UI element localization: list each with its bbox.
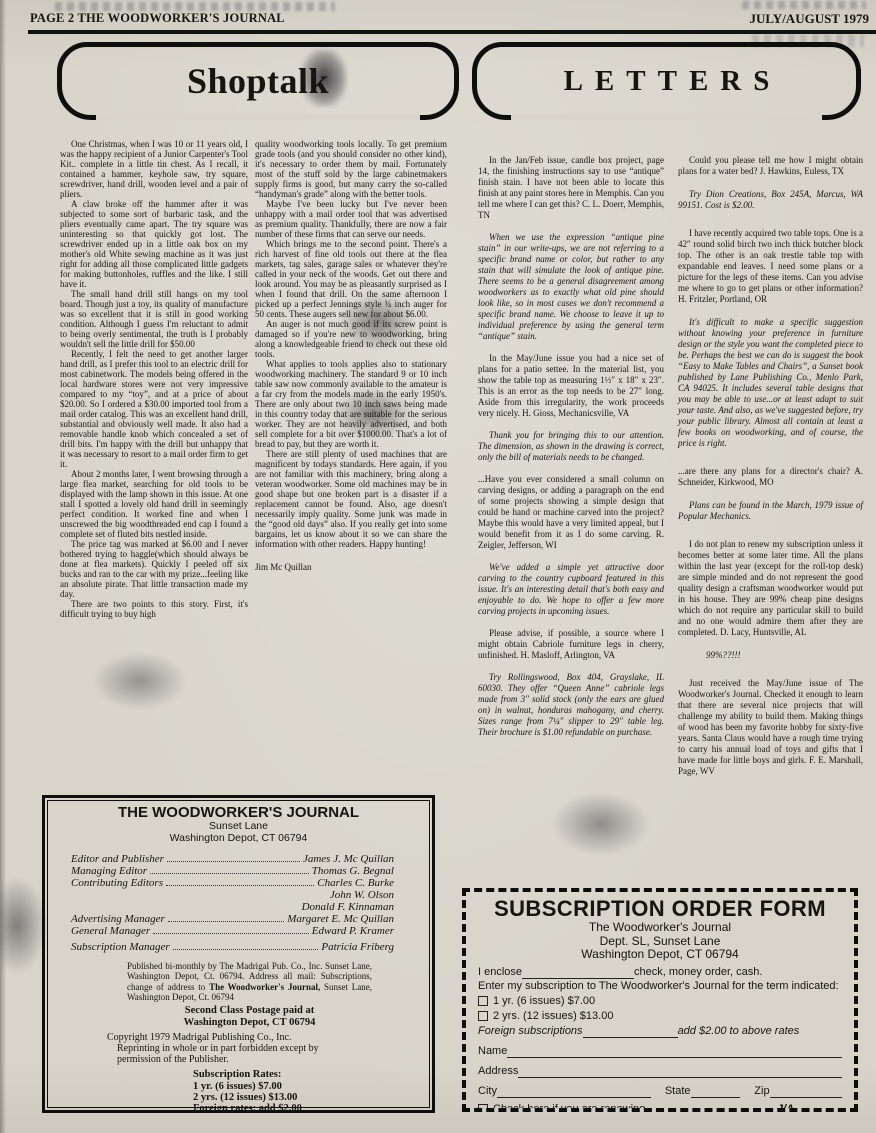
publisher-note-bold: The Woodworker's Journal, [209, 982, 320, 992]
letter-paragraph: ...are there any plans for a director's … [678, 466, 863, 488]
masthead-box: THE WOODWORKER'S JOURNAL Sunset Lane Was… [42, 795, 435, 1113]
credit-name: Patricia Friberg [321, 941, 394, 953]
paragraph: There are still plenty of used machines … [255, 449, 447, 549]
dot-leader [168, 921, 284, 922]
form-title: SUBSCRIPTION ORDER FORM [478, 897, 842, 921]
credit-row: Managing Editor Thomas G. Begnal [71, 865, 394, 877]
rates-line: 2 yrs. (12 issues) $13.00 [193, 1092, 432, 1103]
form-address-line-3: Washington Depot, CT 06794 [478, 948, 842, 962]
renewal-row: Check here if you are renewing J/A [478, 1103, 842, 1113]
letters-title: LETTERS [552, 65, 782, 98]
shoptalk-title: Shoptalk [187, 60, 329, 102]
term-option-2: 2 yrs. (12 issues) $13.00 [478, 1010, 842, 1023]
city-blank-line [497, 1087, 651, 1098]
letter-paragraph: Please advise, if possible, a source whe… [478, 628, 664, 661]
shoptalk-column-2: quality woodworking tools locally. To ge… [255, 139, 447, 572]
enclose-blank-line [522, 968, 634, 979]
foreign-blank-line [583, 1027, 678, 1038]
paragraph: The price tag was marked at $6.00 and I … [60, 539, 248, 599]
foreign-suffix: add $2.00 to above rates [678, 1025, 800, 1038]
address-blank-line [518, 1067, 842, 1078]
credit-name: Charles C. Burke [317, 877, 394, 889]
dot-leader [153, 933, 309, 934]
copyright-note: Copyright 1979 Madrigal Publishing Co., … [107, 1032, 432, 1065]
form-address-line-1: The Woodworker's Journal [478, 921, 842, 935]
credit-role: Contributing Editors [71, 877, 163, 889]
zip-label: Zip [754, 1085, 769, 1098]
credit-row: Editor and Publisher James J. Mc Quillan [71, 853, 394, 865]
checkbox-2yr [478, 1011, 488, 1021]
paragraph: Recently, I felt the need to get another… [60, 349, 248, 469]
header-rule [28, 30, 876, 34]
address-row: Address [478, 1065, 842, 1078]
masthead-address-line-1: Sunset Lane [45, 821, 432, 833]
foreign-subscriptions-row: Foreign subscriptions add $2.00 to above… [478, 1025, 842, 1038]
renewal-label: Check here if you are renewing [493, 1103, 645, 1113]
postage-note: Second Class Postage paid at Washington … [127, 1005, 372, 1029]
editor-reply: It's difficult to make a specific sugges… [678, 317, 863, 449]
editor-signature: Jim Mc Quillan [255, 562, 447, 572]
enter-subscription-row: Enter my subscription to The Woodworker'… [478, 980, 842, 993]
masthead-title: THE WOODWORKER'S JOURNAL [45, 804, 432, 821]
credit-row: General Manager Edward P. Kramer [71, 925, 394, 937]
city-state-zip-row: City State Zip [478, 1085, 842, 1098]
subscription-rates: Subscription Rates: 1 yr. (6 issues) $7.… [193, 1069, 432, 1113]
address-label: Address [478, 1065, 518, 1078]
credit-row: John W. Olson [71, 889, 394, 901]
editor-reply: 99%??!!! [678, 650, 863, 661]
paragraph: There are two points to this story. Firs… [60, 599, 248, 619]
editor-reply: Plans can be found in the March, 1979 is… [678, 500, 863, 522]
magazine-page: PAGE 2 THE WOODWORKER'S JOURNAL JULY/AUG… [0, 0, 876, 1133]
credit-row: Advertising Manager Margaret E. Mc Quill… [71, 913, 394, 925]
credit-role: Managing Editor [71, 865, 147, 877]
checkbox-renewing [478, 1104, 488, 1112]
credit-row: Donald F. Kinnaman [71, 901, 394, 913]
ink-bleed-through [742, 1, 866, 9]
credit-role: Editor and Publisher [71, 853, 164, 865]
enter-subscription-label: Enter my subscription to The Woodworker'… [478, 980, 839, 993]
editor-reply: Thank you for bringing this to our atten… [478, 430, 664, 463]
credit-row: Subscription Manager Patricia Friberg [71, 941, 394, 953]
dot-leader [173, 949, 319, 950]
paragraph: The small hand drill still hangs on my t… [60, 289, 248, 349]
credit-name: Donald F. Kinnaman [302, 901, 394, 913]
copyright-line: permission of the Publisher. [107, 1054, 432, 1065]
editor-reply: Try Rollingswood, Box 404, Grayslake, IL… [478, 672, 664, 738]
editor-reply: We've added a simple yet attractive door… [478, 562, 664, 617]
page-number-header: PAGE 2 THE WOODWORKER'S JOURNAL [30, 11, 285, 26]
paragraph: What applies to tools applies also to st… [255, 359, 447, 449]
editor-reply: When we use the expression “antique pine… [478, 232, 664, 342]
paragraph: An auger is not much good if its screw p… [255, 319, 447, 359]
subscription-order-form: SUBSCRIPTION ORDER FORM The Woodworker's… [462, 888, 858, 1112]
issue-date-header: JULY/AUGUST 1979 [749, 11, 869, 27]
ink-smudge [0, 878, 46, 973]
postage-line: Washington Depot, CT 06794 [127, 1017, 372, 1029]
checkbox-1yr [478, 996, 488, 1006]
enclose-label: I enclose [478, 966, 522, 979]
form-address-line-2: Dept. SL, Sunset Lane [478, 935, 842, 949]
credit-name: Margaret E. Mc Quillan [287, 913, 394, 925]
dot-leader [166, 885, 314, 886]
publisher-note: Published bi-monthly by The Madrigal Pub… [127, 961, 372, 1002]
option-1-label: 1 yr. (6 issues) $7.00 [493, 995, 595, 1008]
letter-paragraph: ...Have you ever considered a small colu… [478, 474, 664, 551]
credit-name: James J. Mc Quillan [303, 853, 394, 865]
editor-reply: Try Dion Creations, Box 245A, Marcus, WA… [678, 189, 863, 211]
letter-paragraph: Just received the May/June issue of The … [678, 678, 863, 777]
name-blank-line [507, 1047, 842, 1058]
paragraph: Which brings me to the second point. The… [255, 239, 447, 319]
dot-leader [150, 873, 309, 874]
letters-column-1: In the Jan/Feb issue, candle box project… [478, 155, 664, 738]
enclose-row: I enclose check, money order, cash. [478, 966, 842, 979]
paragraph: A claw broke off the hammer after it was… [60, 199, 248, 289]
credit-role: Advertising Manager [71, 913, 165, 925]
ink-smudge [92, 652, 187, 710]
rates-heading: Subscription Rates: [193, 1069, 432, 1080]
city-label: City [478, 1085, 497, 1098]
state-label: State [665, 1085, 691, 1098]
paragraph: quality woodworking tools locally. To ge… [255, 139, 447, 199]
credit-role: General Manager [71, 925, 150, 937]
letters-title-frame: LETTERS [472, 42, 861, 120]
masthead-address-line-2: Washington Depot, CT 06794 [45, 833, 432, 845]
paragraph: Maybe I've been lucky but I've never bee… [255, 199, 447, 239]
ink-bleed-through [55, 2, 335, 11]
copyright-line: Reprinting in whole or in part forbidden… [107, 1043, 432, 1054]
shoptalk-column-1: One Christmas, when I was 10 or 11 years… [60, 139, 248, 619]
rates-line: Foreign rates: add $2.00 [193, 1103, 432, 1113]
credit-name: John W. Olson [330, 889, 394, 901]
credit-role: Subscription Manager [71, 941, 170, 953]
enclose-suffix: check, money order, cash. [634, 966, 762, 979]
letter-paragraph: Could you please tell me how I might obt… [678, 155, 863, 177]
letters-column-2: Could you please tell me how I might obt… [678, 155, 863, 777]
letter-paragraph: In the Jan/Feb issue, candle box project… [478, 155, 664, 221]
renewal-option: Check here if you are renewing [478, 1103, 645, 1113]
zip-blank-line [770, 1087, 842, 1098]
shoptalk-title-frame: Shoptalk [57, 42, 459, 120]
dot-leader [167, 861, 300, 862]
issue-code: J/A [777, 1103, 794, 1113]
letter-paragraph: In the May/June issue you had a nice set… [478, 353, 664, 419]
credit-name: Thomas G. Begnal [312, 865, 394, 877]
name-row: Name [478, 1045, 842, 1058]
paragraph: One Christmas, when I was 10 or 11 years… [60, 139, 248, 199]
name-label: Name [478, 1045, 507, 1058]
rates-line: 1 yr. (6 issues) $7.00 [193, 1081, 432, 1092]
credit-row: Contributing Editors Charles C. Burke [71, 877, 394, 889]
postage-line: Second Class Postage paid at [127, 1005, 372, 1017]
paragraph: About 2 months later, I went browsing th… [60, 469, 248, 539]
letter-paragraph: I have recently acquired two table tops.… [678, 228, 863, 305]
option-2-label: 2 yrs. (12 issues) $13.00 [493, 1010, 613, 1023]
form-body: I enclose check, money order, cash. Ente… [478, 966, 842, 1113]
masthead-credits: Editor and Publisher James J. Mc Quillan… [71, 853, 394, 953]
letter-paragraph: I do not plan to renew my subscription u… [678, 539, 863, 638]
ink-smudge [553, 793, 648, 855]
state-blank-line [691, 1087, 741, 1098]
term-option-1: 1 yr. (6 issues) $7.00 [478, 995, 842, 1008]
foreign-label: Foreign subscriptions [478, 1025, 583, 1038]
copyright-line: Copyright 1979 Madrigal Publishing Co., … [107, 1032, 432, 1043]
credit-name: Edward P. Kramer [312, 925, 394, 937]
